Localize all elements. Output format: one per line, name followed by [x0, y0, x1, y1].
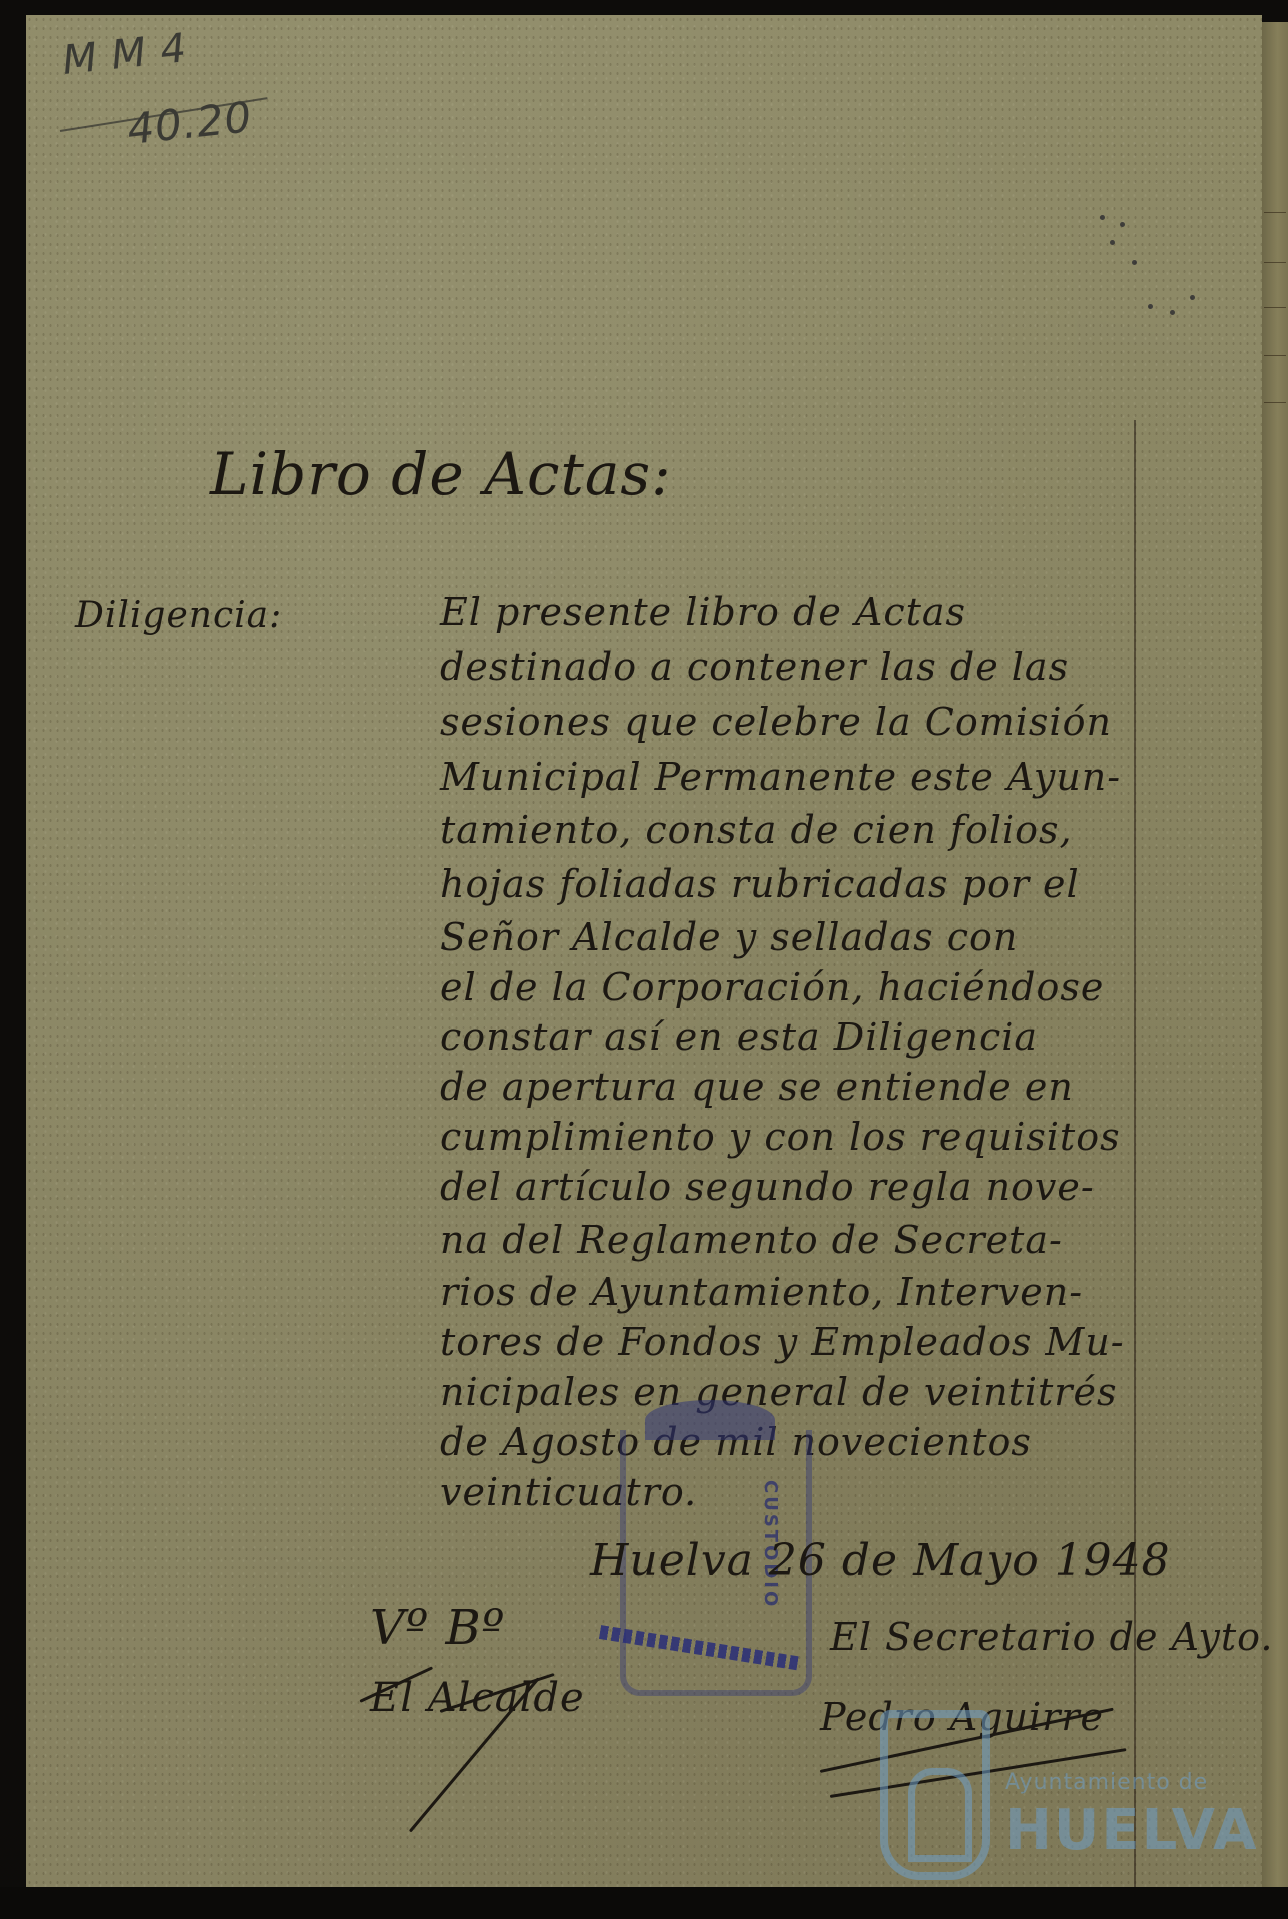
- archive-watermark: Ayuntamiento de HUELVA: [880, 1710, 1210, 1890]
- watermark-top-text: Ayuntamiento de: [1005, 1770, 1208, 1795]
- adjacent-page-edge: [1262, 22, 1288, 1887]
- body-line: tamiento, consta de cien folios,: [440, 808, 1073, 852]
- scan-border: [0, 1887, 1288, 1919]
- body-line: cumplimiento y con los requisitos: [440, 1115, 1121, 1159]
- document-title: Libro de Actas:: [210, 440, 672, 508]
- body-line: rios de Ayuntamiento, Interven-: [440, 1270, 1083, 1314]
- margin-heading: Diligencia:: [75, 595, 282, 636]
- body-line: El presente libro de Actas: [440, 590, 966, 634]
- body-line: el de la Corporación, haciéndose: [440, 965, 1104, 1009]
- body-line: nicipales en general de veintitrés: [440, 1370, 1117, 1414]
- body-line: Señor Alcalde y selladas con: [440, 915, 1018, 959]
- body-line: de apertura que se entiende en: [440, 1065, 1074, 1109]
- body-line: destinado a contener las de las: [440, 645, 1069, 689]
- ruled-margin-line: [1134, 420, 1136, 1887]
- secretary-label: El Secretario de Ayto.: [830, 1615, 1273, 1659]
- body-line: Municipal Permanente este Ayun-: [440, 755, 1121, 799]
- body-line: tores de Fondos y Empleados Mu-: [440, 1320, 1125, 1364]
- body-line: constar así en esta Diligencia: [440, 1015, 1038, 1059]
- date-line: Huelva 26 de Mayo 1948: [590, 1535, 1171, 1586]
- watermark-main-text: HUELVA: [1005, 1798, 1258, 1863]
- body-line: del artículo segundo regla nove-: [440, 1165, 1095, 1209]
- body-line: hojas foliadas rubricadas por el: [440, 862, 1080, 906]
- ink-specks: [1090, 200, 1210, 320]
- body-line: na del Reglamento de Secreta-: [440, 1218, 1063, 1262]
- body-line: sesiones que celebre la Comisión: [440, 700, 1112, 744]
- huelva-crest-icon: [880, 1710, 990, 1880]
- approval-mark: Vº Bº: [370, 1600, 505, 1656]
